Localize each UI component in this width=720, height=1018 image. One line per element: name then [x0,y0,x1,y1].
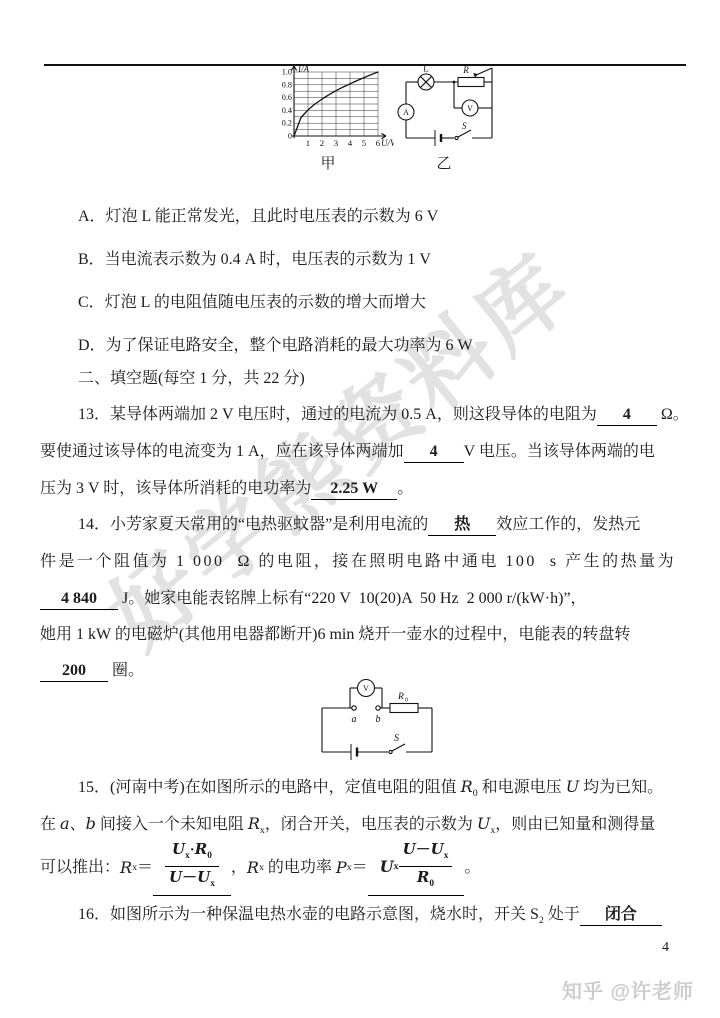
x-axis-label: U/V [381,138,394,148]
q13-line2: 要使通过该导体的电流变为 1 A，应在该导体两端加4V 电压。当该导体两端的电 [40,441,655,463]
q14-blank-effect: 热 [428,515,496,536]
q13-text: V 电压。当该导体两端的电 [464,443,655,460]
q15-line2: 在 a、b 间接入一个未知电阻 Rx，闭合开关，电压表的示数为 Ux，则由已知量… [40,813,655,842]
y-tick: 0 [288,132,292,141]
y-axis-label: I/A [297,64,309,74]
var-S2: S [530,906,539,923]
terminal-b-icon [376,706,380,710]
q13-text: 。 [397,480,413,497]
q13-line1: 13．某导体两端加 2 V 电压时，通过的电流为 0.5 A，则这段导体的电阻为… [78,404,689,426]
var-Rx: R [248,814,260,833]
circuit-diagram-q15: V a b R 0 S [302,676,452,768]
q13-text: 13．某导体两端加 2 V 电压时，通过的电流为 0.5 A，则这段导体的电阻为 [78,406,597,423]
r0-sub: 0 [405,698,408,704]
q13-text: 压为 3 V 时，该导体所消耗的电功率为 [40,480,311,497]
var-b: b [86,814,96,833]
q14-text: 14．小芳家夏天常用的“电热驱蚊器”是利用电流的 [78,516,428,533]
var-a: a [60,814,70,833]
q13-blank-resistance: 4 [597,405,657,426]
q14-line3: 4 840 J。她家电能表铭牌上标有“220 V 10(20)A 50 Hz 2… [40,588,587,610]
q15-blank-rx-formula: Ux·R0U－Ux [153,840,231,896]
q15-text: 在 [40,816,60,833]
lamp-label: L [423,64,429,74]
q16-text: 16．如图所示为一种保温电热水壶的电路示意图，烧水时，开关 [78,906,530,923]
y-tick: 0.6 [282,93,292,102]
iv-curve-chart: 1.0 0.8 0.6 0.4 0.2 0 1 2 3 4 5 6 I/A U/… [278,64,394,152]
y-tick: 0.2 [282,119,292,128]
switch-label: S [394,733,399,744]
ammeter-label: A [403,108,409,117]
x-tick: 5 [362,138,367,148]
q15-text: 均为已知。 [579,779,663,796]
var-Rx: R [247,857,259,879]
q13-blank-voltage: 4 [404,442,464,463]
q15-text: ，闭合开关，电压表的示数为 [265,816,477,833]
q16-text: 处于 [544,906,580,923]
q14-blank-revolutions: 200 [40,661,108,682]
switch-label: S [462,121,467,131]
q15-text: 。 [464,857,480,879]
figure-circuit-yi: L R A V S 乙 [396,64,496,173]
q15-line3-formulas: 可以推出：Rx＝Ux·R0U－Ux，Rx 的电功率 Px＝UxU－UxR0。 [40,840,480,896]
x-tick: 3 [334,138,339,148]
terminal-a-icon [352,706,356,710]
terminal-a-label: a [352,714,357,725]
equals-sign: ＝ [137,857,153,879]
q13-line3: 压为 3 V 时，该导体所消耗的电功率为2.25 W。 [40,478,413,500]
switch-pivot [389,750,392,753]
equals-sign: ＝ [352,857,368,879]
q15-text: 15．(河南中考)在如图所示的电路中，定值电阻的阻值 [78,779,461,796]
voltmeter-label: V [363,684,369,693]
q14-text: 效应工作的，发热元 [496,516,640,533]
section-header: 二、填空题(每空 1 分，共 22 分) [78,368,305,390]
y-tick: 0.8 [282,80,292,89]
y-tick: 1.0 [282,68,292,77]
q16-blank-switch-state: 闭合 [580,905,662,926]
option-a: A．灯泡 L 能正常发光，且此时电压表的示数为 6 V [78,206,438,228]
page-number: 4 [662,940,669,956]
var-R0: R [461,777,473,796]
x-tick: 4 [348,138,353,148]
option-b: B．当电流表示数为 0.4 A 时，电压表的示数为 1 V [78,249,431,271]
figure-circuit-q15: V a b R 0 S [302,676,452,768]
q15-text: 的电功率 [264,857,336,879]
resistor-label: R [462,65,469,75]
var-Rx: R [120,857,132,879]
q14-blank-heat: 4 840 [40,589,118,610]
figure-caption-jia: 甲 [278,152,378,173]
figure-caption-yi: 乙 [396,152,492,173]
var-Px: P [336,857,347,879]
q15-text: ， [231,857,247,879]
option-d: D．为了保证电路安全，整个电路消耗的最大功率为 6 W [78,335,473,357]
voltmeter-label: V [467,104,473,113]
q13-blank-power: 2.25 W [311,479,397,500]
q14-line4: 她用 1 kW 的电磁炉(其他用电器都断开)6 min 烧开一壶水的过程中，电能… [40,624,630,646]
figure-graph-jia: 1.0 0.8 0.6 0.4 0.2 0 1 2 3 4 5 6 I/A U/… [278,64,394,173]
q15-text: 间接入一个未知电阻 [96,816,248,833]
q13-text: 要使通过该导体的电流变为 1 A，应在该导体两端加 [40,443,404,460]
q14-line1: 14．小芳家夏天常用的“电热驱蚊器”是利用电流的热效应工作的，发热元 [78,514,640,536]
rheostat-icon [458,78,484,87]
terminal-b-label: b [376,714,381,725]
r0-label: R [397,692,404,702]
q16-line1: 16．如图所示为一种保温电热水壶的电路示意图，烧水时，开关 S2 处于闭合 [78,904,662,932]
var-U: U [566,777,579,796]
switch-pivot [455,136,458,139]
q14-text: 圈。 [108,662,144,679]
q14-text: J。她家电能表铭牌上标有“220 V 10(20)A 50 Hz 2 000 r… [118,590,587,607]
q15-text: ，则由已知量和测得量 [495,816,655,833]
option-c: C．灯泡 L 的电阻值随电压表的示数的增大而增大 [78,292,426,314]
fixed-resistor-icon [390,704,418,713]
x-tick: 1 [306,138,310,148]
q15-blank-px-formula: UxU－UxR0 [368,840,465,896]
q15-text: 和电源电压 [478,779,566,796]
fraction: U－UxR0 [399,840,453,893]
q15-text: 可以推出： [40,857,120,879]
q13-text: Ω。 [657,406,689,423]
q15-line1: 15．(河南中考)在如图所示的电路中，定值电阻的阻值 R0 和电源电压 U 均为… [78,776,663,805]
var-Ux: U [477,814,490,833]
x-tick: 2 [320,138,324,148]
circuit-diagram-yi: L R A V S [396,64,496,152]
zhihu-watermark: 知乎 @许老师 [562,975,694,1004]
q15-text: 、 [70,816,86,833]
worksheet-page: 好学熊资料库 [0,0,720,1018]
fraction: Ux·R0U－Ux [165,840,219,893]
q14-line2: 件是一个阻值为 1 000 Ω 的电阻，接在照明电路中通电 100 s 产生的热… [40,551,676,573]
q14-line5: 200 圈。 [40,660,144,682]
y-tick: 0.4 [282,106,292,115]
